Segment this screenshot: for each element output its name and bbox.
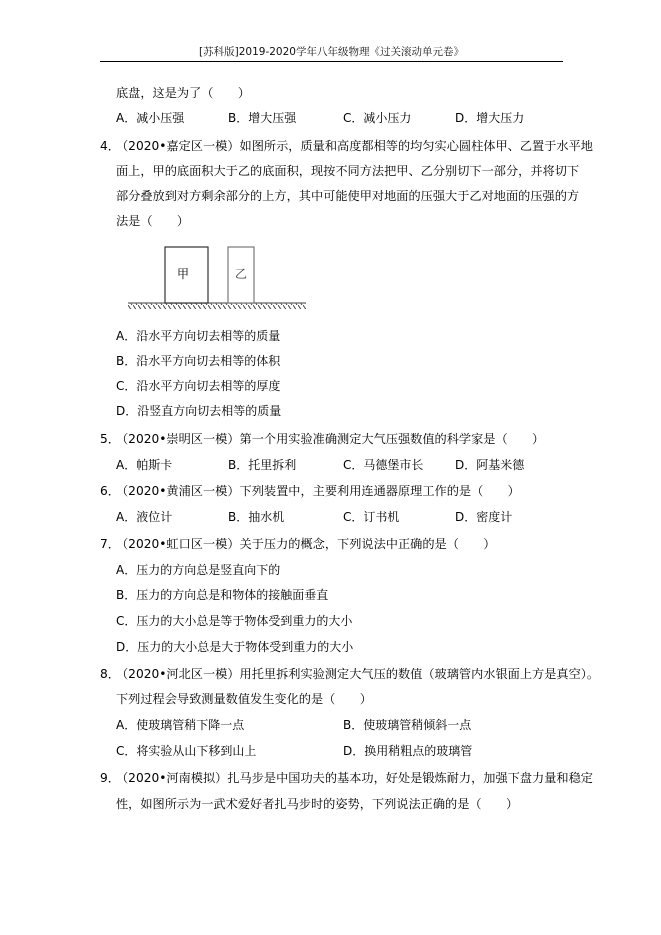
option-a: A．帕斯卡 (116, 457, 172, 473)
option-b: B．使玻璃管稍倾斜一点 (343, 717, 471, 733)
option-a: A．减小压强 (116, 110, 184, 126)
option-d: D．增大压力 (455, 110, 524, 126)
question-text: （2020•黄浦区一模）下列装置中，主要利用连通器原理工作的是（ ） (116, 483, 520, 499)
option-c: C．减小压力 (343, 110, 411, 126)
option-d: D．换用稍粗点的玻璃管 (343, 743, 472, 759)
header-title: [苏科版]2019-2020学年八年级物理《过关滚动单元卷》 (100, 45, 563, 59)
cylinder-yi-label: 乙 (235, 265, 247, 282)
header-divider (100, 61, 563, 62)
question-text: （2020•河北区一模）用托里拆利实验测定大气压的数值（玻璃管内水银面上方是真空… (116, 666, 599, 682)
question-text: 性，如图所示为一武术爱好者扎马步时的姿势，下列说法正确的是（ ） (116, 796, 518, 812)
option-d: D．压力的大小总是大于物体受到重力的大小 (116, 639, 353, 655)
option-b: B．抽水机 (228, 509, 284, 525)
option-b: B．压力的方向总是和物体的接触面垂直 (116, 587, 328, 603)
option-c: C．将实验从山下移到山上 (116, 743, 256, 759)
option-b: B．沿水平方向切去相等的体积 (116, 353, 280, 369)
option-c: C．压力的大小总是等于物体受到重力的大小 (116, 613, 352, 629)
option-b: B．增大压强 (228, 110, 296, 126)
question-text: 面上，甲的底面积大于乙的底面积，现按不同方法把甲、乙分别切下一部分，并将切下 (116, 163, 579, 179)
option-c: C．订书机 (343, 509, 399, 525)
question-text: （2020•虹口区一模）关于压力的概念，下列说法中正确的是（ ） (116, 536, 495, 552)
option-d: D．密度计 (455, 509, 512, 525)
question-text: 底盘，这是为了（ ） (116, 85, 250, 101)
cylinder-jia-label: 甲 (177, 265, 189, 282)
option-b: B．托里拆利 (228, 457, 296, 473)
question-text: 下列过程会导致测量数值发生变化的是（ ） (116, 691, 372, 707)
option-a: A．使玻璃管稍下降一点 (116, 717, 244, 733)
option-a: A．沿水平方向切去相等的质量 (116, 328, 280, 344)
option-a: A．压力的方向总是竖直向下的 (116, 562, 280, 578)
question-text: （2020•崇明区一模）第一个用实验准确测定大气压强数值的科学家是（ ） (116, 431, 544, 447)
question-text: （2020•河南模拟）扎马步是中国功夫的基本功，好处是锻炼耐力，加强下盘力量和稳… (116, 770, 593, 786)
option-c: C．沿水平方向切去相等的厚度 (116, 378, 280, 394)
question-text: 部分叠放到对方剩余部分的上方，其中可能使甲对地面的压强大于乙对地面的压强的方 (116, 188, 579, 204)
option-d: D．沿竖直方向切去相等的质量 (116, 403, 281, 419)
question-text: 法是（ ） (116, 213, 189, 229)
option-c: C．马德堡市长 (343, 457, 423, 473)
question-text: （2020•嘉定区一模）如图所示，质量和高度都相等的均匀实心圆柱体甲、乙置于水平… (116, 138, 593, 154)
option-d: D．阿基米德 (455, 457, 524, 473)
cylinders-figure: 甲 乙 (128, 245, 308, 311)
option-a: A．液位计 (116, 509, 172, 525)
